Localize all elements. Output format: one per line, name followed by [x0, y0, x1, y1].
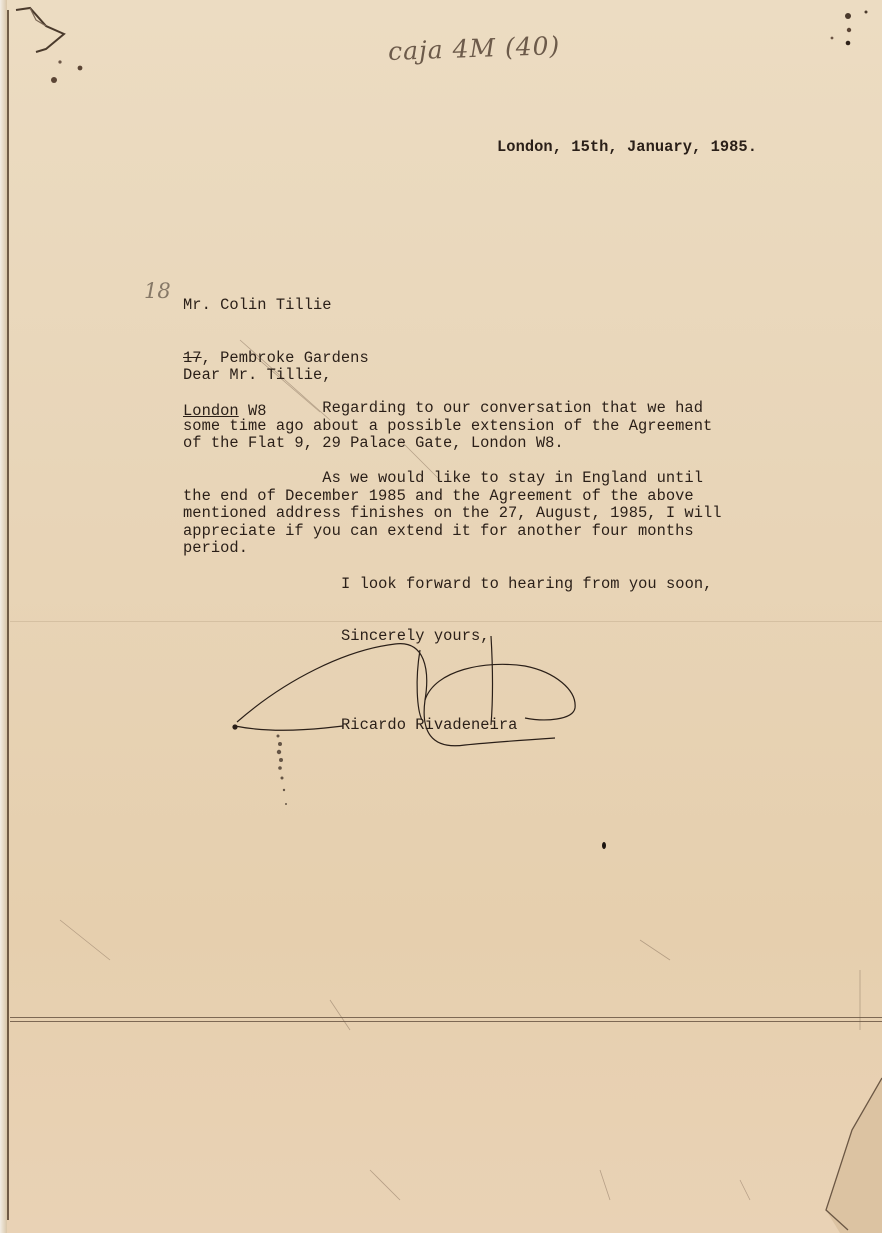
salutation: Dear Mr. Tillie,: [183, 367, 332, 385]
closing-line: I look forward to hearing from you soon,: [341, 576, 712, 594]
letter-date: London, 15th, January, 1985.: [497, 139, 757, 157]
archive-handwritten-note: caja 4M (40): [388, 31, 561, 66]
recipient-street: 17, Pembroke Gardens: [183, 350, 369, 368]
body-paragraph-1: Regarding to our conversation that we ha…: [183, 400, 712, 453]
page-left-shadow: [0, 0, 7, 1233]
fold-crease-upper: [10, 621, 882, 622]
corner-torn-mark: [6, 4, 66, 54]
folded-corner: [790, 1070, 882, 1233]
signer-name: Ricardo Rivadeneira: [341, 717, 517, 735]
ink-smudge: [270, 728, 290, 818]
fold-crease-lower: [10, 1017, 882, 1022]
street-name: , Pembroke Gardens: [202, 349, 369, 367]
body-paragraph-2: As we would like to stay in England unti…: [183, 470, 722, 558]
recipient-name: Mr. Colin Tillie: [183, 297, 369, 315]
paper-specks: [0, 0, 882, 1233]
ink-dot: [602, 842, 606, 849]
page-left-edge: [7, 10, 9, 1220]
struck-house-number: 17: [183, 349, 202, 367]
handwritten-house-number: 18: [144, 279, 171, 303]
letter-page: caja 4M (40) London, 15th, January, 1985…: [0, 0, 882, 1233]
